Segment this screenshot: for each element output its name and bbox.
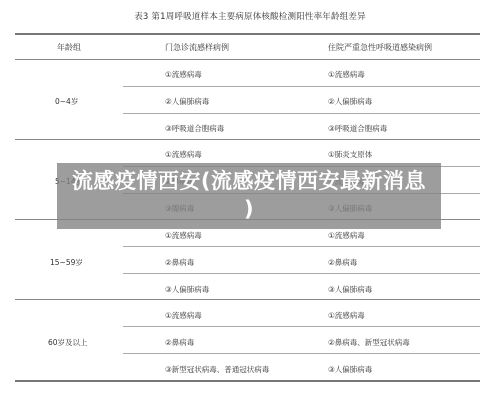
headline-line-2: ) [57,195,441,223]
headline-line-1: 流感疫情西安(流感疫情西安最新消息 [57,167,441,195]
inpatient-cell: ③人偏肺病毒 [328,284,372,295]
row-rule [123,353,480,354]
inpatient-cell: ③人偏肺病毒 [328,364,372,375]
row-rule [123,326,480,327]
outpatient-cell: ③呼吸道合胞病毒 [165,123,224,134]
inpatient-cell: ①肺炎支原体 [328,149,372,160]
row-rule [123,86,480,87]
outpatient-cell: ①流感病毒 [165,69,202,80]
inpatient-cell: ①流感病毒 [328,69,365,80]
header-age: 年龄组 [57,42,81,53]
header-inpatient: 住院严重急性呼吸道感染病例 [328,42,432,53]
inpatient-cell: ③呼吸道合胞病毒 [328,123,387,134]
outpatient-cell: ③人偏肺病毒 [165,284,209,295]
row-rule [123,273,480,274]
bottom-rule [15,380,480,382]
outpatient-cell: ②人偏肺病毒 [165,96,209,107]
group-rule [15,299,480,300]
top-rule [15,33,480,35]
age-group-cell: 15~59岁 [50,257,83,268]
inpatient-cell: ②人偏肺病毒 [328,96,372,107]
header-rule [15,59,480,60]
age-group-cell: 60岁及以上 [48,337,88,348]
row-rule [123,113,480,114]
inpatient-cell: ①流感病毒 [328,230,365,241]
inpatient-cell: ②鼻病毒 [328,257,357,268]
outpatient-cell: ①流感病毒 [165,230,202,241]
outpatient-cell: ③新型冠状病毒、普通冠状病毒 [165,364,269,375]
group-rule [15,139,480,140]
outpatient-cell: ①流感病毒 [165,149,202,160]
inpatient-cell: ①流感病毒 [328,310,365,321]
table-title: 表3 第1周呼吸道样本主要病原体核酸检测阳性率年龄组差异 [0,10,500,22]
inpatient-cell: ②鼻病毒、新型冠状病毒 [328,337,410,348]
header-outpatient: 门急诊流感样病例 [165,42,229,53]
outpatient-cell: ②鼻病毒 [165,337,194,348]
age-group-cell: 0~4岁 [55,96,78,107]
headline-banner: 流感疫情西安(流感疫情西安最新消息 ) [57,163,441,229]
row-rule [123,246,480,247]
outpatient-cell: ①流感病毒 [165,310,202,321]
headline-text: 流感疫情西安(流感疫情西安最新消息 ) [57,167,441,223]
outpatient-cell: ②鼻病毒 [165,257,194,268]
